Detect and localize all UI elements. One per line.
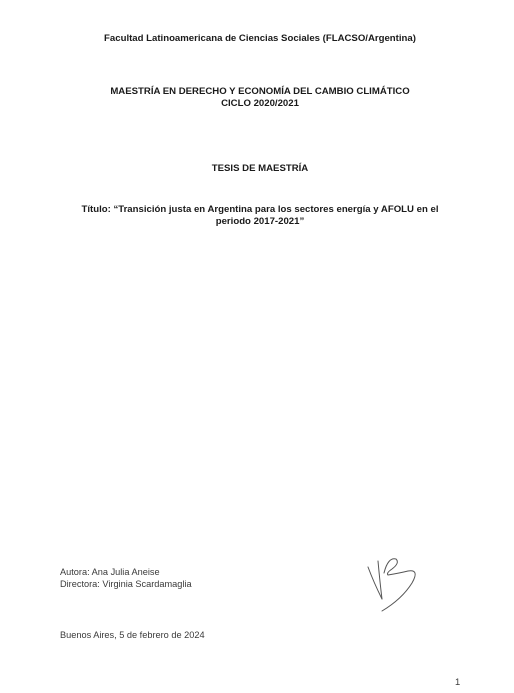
director-line: Directora: Virginia Scardamaglia <box>60 578 192 590</box>
institution-name: Facultad Latinoamericana de Ciencias Soc… <box>0 33 514 45</box>
thesis-title: Título: “Transición justa en Argentina p… <box>60 204 460 228</box>
thesis-title-line-1: Título: “Transición justa en Argentina p… <box>60 204 460 216</box>
author-line: Autora: Ana Julia Aneise <box>60 566 160 578</box>
document-page: Facultad Latinoamericana de Ciencias Soc… <box>0 0 514 693</box>
thesis-type: TESIS DE MAESTRÍA <box>0 163 514 175</box>
thesis-title-line-2: periodo 2017-2021” <box>60 216 460 228</box>
place-date: Buenos Aires, 5 de febrero de 2024 <box>60 629 205 641</box>
program-cycle: CICLO 2020/2021 <box>0 98 514 110</box>
signature-icon <box>360 555 435 615</box>
page-number: 1 <box>455 676 460 687</box>
program-name: MAESTRÍA EN DERECHO Y ECONOMÍA DEL CAMBI… <box>0 86 514 98</box>
